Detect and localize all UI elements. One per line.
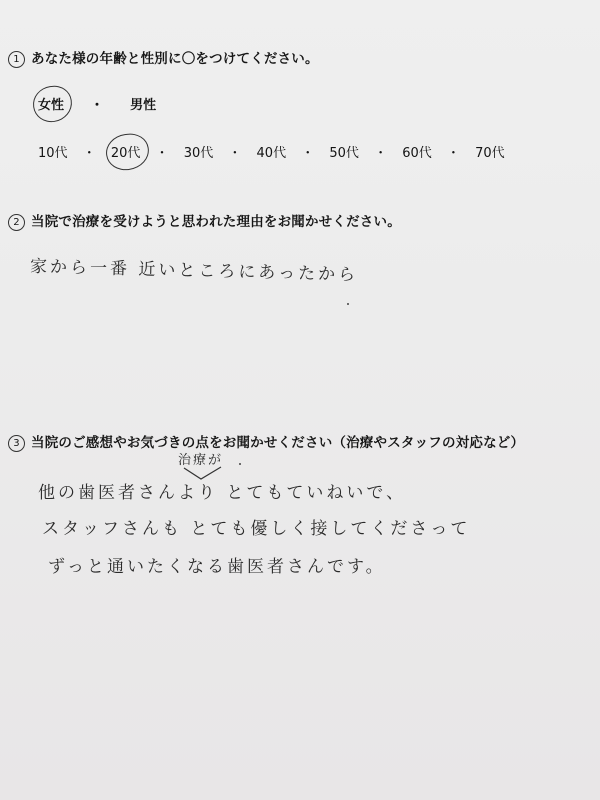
question-number-badge: 2	[8, 214, 25, 231]
question-3-answer-line-3: ずっと通いたくなる歯医者さんです。	[48, 552, 386, 577]
age-option-30s: 30代	[184, 142, 214, 161]
separator: ・	[447, 142, 460, 161]
question-3-text: 当院のご感想やお気づきの点をお聞かせください（治療やスタッフの対応など）	[31, 435, 524, 451]
ink-speck	[239, 463, 241, 465]
gender-option-male: 男性	[130, 94, 156, 113]
gender-options: 女性 ・ 男性	[38, 94, 156, 113]
age-option-60s: 60代	[402, 142, 432, 161]
separator: ・	[374, 142, 387, 161]
separator: ・	[228, 142, 241, 161]
age-option-40s: 40代	[257, 142, 287, 161]
age-option-50s: 50代	[329, 142, 359, 161]
question-1-title: 1あなた様の年齢と性別に〇をつけてください。	[8, 47, 319, 68]
question-2-title: 2当院で治療を受けようと思われた理由をお聞かせください。	[8, 210, 401, 231]
age-option-10s: 10代	[38, 142, 68, 161]
age-option-70s: 70代	[475, 142, 505, 161]
question-2-handwritten-answer: 家から一番 近いところにあったから	[30, 252, 359, 286]
gender-option-female-circled: 女性	[38, 94, 64, 113]
age-options: 10代 ・ 20代 ・ 30代 ・ 40代 ・ 50代 ・ 60代 ・ 70代	[38, 142, 505, 161]
separator: ・	[301, 142, 314, 161]
question-number-badge: 1	[8, 51, 25, 68]
question-1-text: あなた様の年齢と性別に〇をつけてください。	[31, 51, 319, 67]
separator: ・	[83, 142, 96, 161]
question-3-answer-line-2: スタッフさんも とても優しく接してくださって	[42, 514, 470, 539]
age-option-20s-circled: 20代	[111, 142, 141, 161]
question-3-title: 3当院のご感想やお気づきの点をお聞かせください（治療やスタッフの対応など）	[8, 431, 524, 452]
separator: ・	[156, 142, 169, 161]
questionnaire-sheet: 1あなた様の年齢と性別に〇をつけてください。 女性 ・ 男性 10代 ・ 20代…	[0, 0, 600, 800]
question-2-text: 当院で治療を受けようと思われた理由をお聞かせください。	[31, 214, 401, 230]
ink-speck	[347, 303, 349, 305]
question-number-badge: 3	[8, 435, 25, 452]
separator: ・	[91, 94, 104, 113]
question-3-answer-line-1: 他の歯医者さんより とてもていねいで、	[38, 478, 406, 503]
